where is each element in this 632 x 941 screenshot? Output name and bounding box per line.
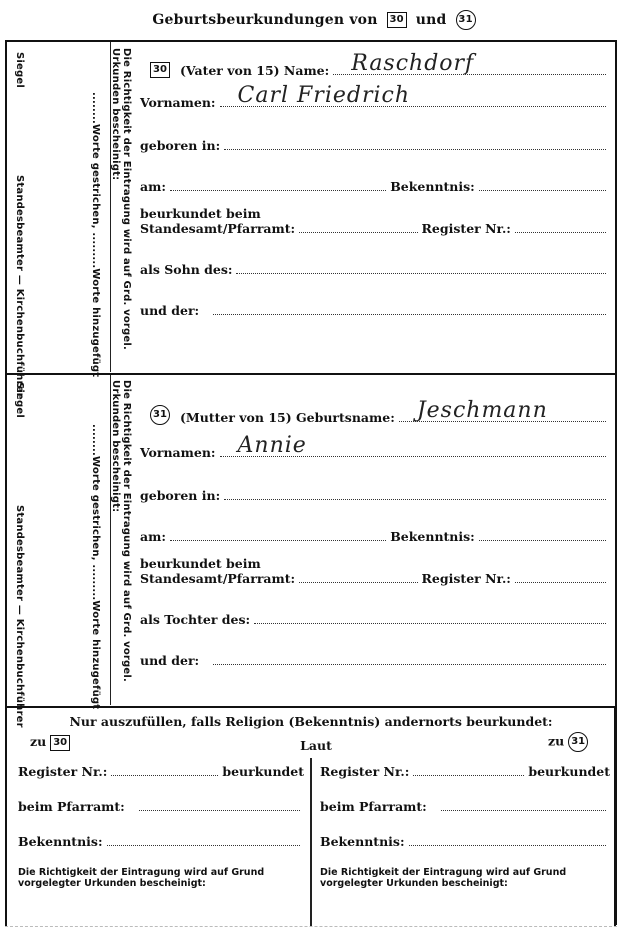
mother-und-der-field[interactable] [213,664,606,665]
bottom-edge [5,926,617,927]
father-sohn-label: als Sohn des: [140,262,232,277]
father-sohn-row: als Sohn des: [140,262,610,277]
title-circle-number: 31 [456,10,476,30]
father-name-field[interactable]: Raschdorf [333,74,606,75]
father-geboren-label: geboren in: [140,138,220,153]
mother-standesamt-field[interactable] [299,582,417,583]
father-am-label: am: [140,179,166,194]
right-pfarramt-row: beim Pfarramt: [320,799,610,814]
mother-vornamen-label: Vornamen: [140,445,216,460]
left-bekenntnis-row: Bekenntnis: [18,834,304,849]
religion-heading: Nur auszufüllen, falls Religion (Bekennt… [5,714,617,729]
mother-vornamen-row: Vornamen: Annie [140,445,610,460]
certification-text-2: Die Richtigkeit der Eintragung wird auf … [108,380,132,700]
right-bekenntnis-field[interactable] [409,845,606,846]
mother-circle-number: 31 [150,405,170,425]
left-bekenntnis-label: Bekenntnis: [18,834,103,849]
mother-am-row: am: Bekenntnis: [140,529,610,544]
religion-left-column: Register Nr.: beurkundet beim Pfarramt: … [18,764,304,889]
left-certification: Die Richtigkeit der Eintragung wird auf … [18,867,300,889]
title-text: Geburtsbeurkundungen von [152,12,377,28]
title-conjunction: und [416,12,447,28]
officer-label-1: Standesbeamter — Kirchenbuchführer [14,175,25,398]
father-vornamen-row: Vornamen: Carl Friedrich [140,95,610,110]
religion-right-ref: zu31 [548,732,592,752]
father-standesamt-label: Standesamt/Pfarramt: [140,221,295,236]
mother-tochter-label: als Tochter des: [140,612,250,627]
mother-und-der-row: und der: [140,653,610,668]
title-box-number: 30 [387,12,407,28]
father-register-field[interactable] [515,232,606,233]
father-register-label: Register Nr.: [422,221,511,236]
father-am-row: am: Bekenntnis: [140,179,610,194]
certification-text-1: Die Richtigkeit der Eintragung wird auf … [108,48,132,368]
mother-geboren-label: geboren in: [140,488,220,503]
mother-geboren-field[interactable] [224,499,606,500]
left-register-label: Register Nr.: [18,764,107,779]
right-bekenntnis-row: Bekenntnis: [320,834,610,849]
mother-name-row: 31 (Mutter von 15) Geburtsname: Jeschman… [146,405,610,425]
right-pfarramt-label: beim Pfarramt: [320,799,427,814]
father-und-der-row: und der: [140,303,610,318]
father-vornamen-label: Vornamen: [140,95,216,110]
mother-standesamt-row: Standesamt/Pfarramt: Register Nr.: [140,571,610,586]
father-name-label: (Vater von 15) Name: [180,63,329,78]
father-section: 30 (Vater von 15) Name: Raschdorf Vornam… [140,62,610,318]
mother-bekenntnis-label: Bekenntnis: [390,529,475,544]
mother-vornamen-value: Annie [238,433,307,458]
words-note-2: ........Worte gestrichen, .........Worte… [90,424,101,709]
father-sohn-field[interactable] [236,273,606,274]
left-register-row: Register Nr.: beurkundet [18,764,304,779]
right-pfarramt-field[interactable] [441,810,606,811]
mother-vornamen-field[interactable]: Annie [220,456,606,457]
words-note-1: ........Worte gestrichen, .........Worte… [90,92,101,377]
father-standesamt-row: Standesamt/Pfarramt: Register Nr.: [140,221,610,236]
father-box-number: 30 [150,62,170,78]
right-register-field[interactable] [413,775,524,776]
father-name-value: Raschdorf [351,51,474,76]
mother-tochter-row: als Tochter des: [140,612,610,627]
right-bekenntnis-label: Bekenntnis: [320,834,405,849]
right-register-label: Register Nr.: [320,764,409,779]
mother-name-field[interactable]: Jeschmann [399,421,606,422]
right-circle-number: 31 [568,732,588,752]
religion-right-column: Register Nr.: beurkundet beim Pfarramt: … [320,764,610,889]
seal-label-1: Siegel [14,52,25,88]
father-geboren-row: geboren in: [140,138,610,153]
father-vornamen-value: Carl Friedrich [238,83,410,108]
mother-section: 31 (Mutter von 15) Geburtsname: Jeschman… [140,405,610,668]
father-beurkundet-label: beurkundet beim [140,206,610,221]
mother-bekenntnis-field[interactable] [479,540,606,541]
father-name-row: 30 (Vater von 15) Name: Raschdorf [146,62,610,78]
father-und-der-label: und der: [140,303,199,318]
left-pfarramt-row: beim Pfarramt: [18,799,304,814]
mother-geboren-row: geboren in: [140,488,610,503]
form-title: Geburtsbeurkundungen von 30 und 31 [0,10,632,30]
mother-register-field[interactable] [515,582,606,583]
father-bekenntnis-field[interactable] [479,190,606,191]
officer-label-2: Standesbeamter — Kirchenbuchführer [14,505,25,728]
laut-label: Laut [0,738,632,753]
mother-beurkundet-label: beurkundet beim [140,556,610,571]
right-certification: Die Richtigkeit der Eintragung wird auf … [320,867,606,889]
right-register-suffix: beurkundet [528,764,610,779]
father-vornamen-field[interactable]: Carl Friedrich [220,106,606,107]
mother-name-value: Jeschmann [417,398,548,423]
left-pfarramt-label: beim Pfarramt: [18,799,125,814]
father-und-der-field[interactable] [213,314,606,315]
left-register-suffix: beurkundet [222,764,304,779]
mother-name-label: (Mutter von 15) Geburtsname: [180,410,395,425]
right-prefix: zu [548,734,564,749]
seal-label-2: Siegel [14,382,25,418]
right-register-row: Register Nr.: beurkundet [320,764,610,779]
mother-register-label: Register Nr.: [422,571,511,586]
mother-am-field[interactable] [170,540,386,541]
mother-tochter-field[interactable] [254,623,606,624]
left-bekenntnis-field[interactable] [107,845,300,846]
left-register-field[interactable] [111,775,218,776]
left-pfarramt-field[interactable] [139,810,300,811]
religion-column-divider [310,758,312,926]
father-standesamt-field[interactable] [299,232,417,233]
mother-und-der-label: und der: [140,653,199,668]
mother-am-label: am: [140,529,166,544]
mother-standesamt-label: Standesamt/Pfarramt: [140,571,295,586]
father-geboren-field[interactable] [224,149,606,150]
father-bekenntnis-label: Bekenntnis: [390,179,475,194]
father-am-field[interactable] [170,190,386,191]
